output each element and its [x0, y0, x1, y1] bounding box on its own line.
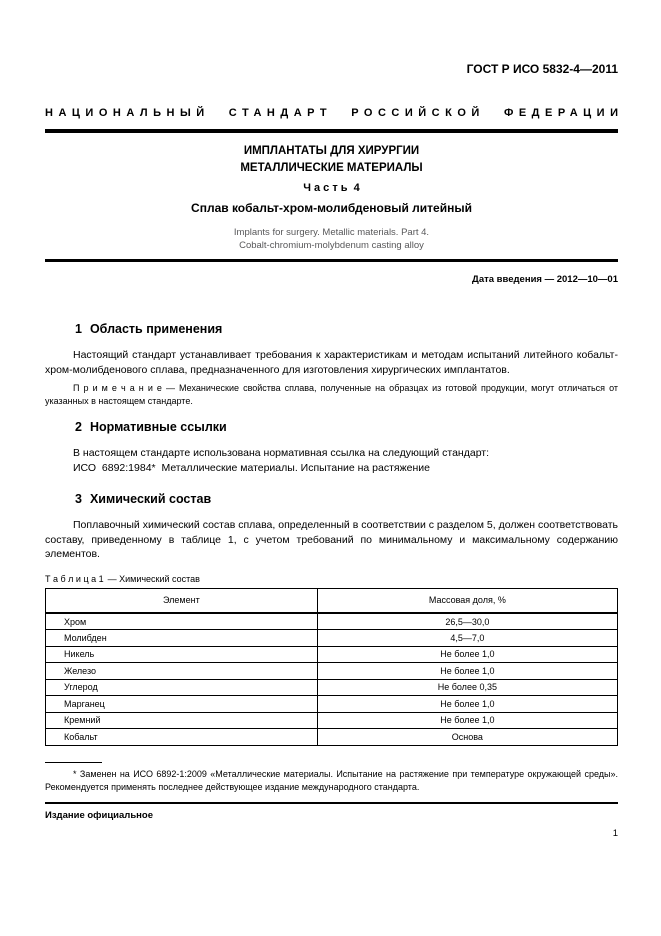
- introduction-date: Дата введения — 2012—10—01: [45, 273, 618, 286]
- element-cell: Молибден: [46, 630, 318, 647]
- element-cell: Углерод: [46, 679, 318, 696]
- value-cell: Основа: [317, 729, 617, 746]
- section-1-heading: 1Область применения: [75, 321, 618, 337]
- value-cell: 26,5—30,0: [317, 613, 617, 630]
- value-cell: Не более 0,35: [317, 679, 617, 696]
- table-caption-label: Т а б л и ц а 1: [45, 574, 104, 584]
- section-2-heading: 2Нормативные ссылки: [75, 419, 618, 435]
- note-label: П р и м е ч а н и е: [73, 383, 162, 393]
- reference-standard: ИСО 6892:1984* Металлические материалы. …: [73, 461, 618, 476]
- document-page: ГОСТ Р ИСО 5832-4—2011 НАЦИОНАЛЬНЫЙ СТАН…: [0, 0, 661, 936]
- table-row: Железо Не более 1,0: [46, 663, 618, 680]
- title-line-2: МЕТАЛЛИЧЕСКИЕ МАТЕРИАЛЫ: [45, 160, 618, 177]
- section-2-references: В настоящем стандарте использована норма…: [73, 446, 618, 475]
- value-cell: Не более 1,0: [317, 646, 617, 663]
- title-english-line-2: Cobalt-chromium-molybdenum casting alloy: [45, 239, 618, 252]
- title-english: Implants for surgery. Metallic materials…: [45, 226, 618, 252]
- banner-word: СТАНДАРТ: [229, 106, 332, 120]
- footer-rule: [45, 802, 618, 805]
- section-3-number: 3: [75, 491, 82, 507]
- table-row: Углерод Не более 0,35: [46, 679, 618, 696]
- title-part: Ч а с т ь 4: [45, 181, 618, 195]
- element-cell: Кобальт: [46, 729, 318, 746]
- table-row: Хром 26,5—30,0: [46, 613, 618, 630]
- section-1-number: 1: [75, 321, 82, 337]
- value-cell: Не более 1,0: [317, 696, 617, 713]
- section-1-paragraph: Настоящий стандарт устанавливает требова…: [45, 348, 618, 377]
- section-3-paragraph: Поплавочный химический состав сплава, оп…: [45, 518, 618, 562]
- column-header-mass-fraction: Массовая доля, %: [317, 588, 617, 613]
- value-cell: Не более 1,0: [317, 663, 617, 680]
- title-line-1: ИМПЛАНТАТЫ ДЛЯ ХИРУРГИИ: [45, 143, 618, 160]
- title-block: ИМПЛАНТАТЫ ДЛЯ ХИРУРГИИ МЕТАЛЛИЧЕСКИЕ МА…: [45, 143, 618, 252]
- table-row: Кремний Не более 1,0: [46, 712, 618, 729]
- chemical-composition-table: Элемент Массовая доля, % Хром 26,5—30,0 …: [45, 588, 618, 746]
- element-cell: Никель: [46, 646, 318, 663]
- table-caption-text: — Химический состав: [108, 574, 200, 584]
- page-number: 1: [45, 828, 618, 840]
- element-cell: Хром: [46, 613, 318, 630]
- table-row: Никель Не более 1,0: [46, 646, 618, 663]
- banner-word: РОССИЙСКОЙ: [351, 106, 485, 120]
- element-cell: Кремний: [46, 712, 318, 729]
- table-caption: Т а б л и ц а 1— Химический состав: [45, 574, 618, 585]
- title-rule: [45, 259, 618, 262]
- footnote-rule: [45, 762, 102, 763]
- section-2-title: Нормативные ссылки: [90, 420, 227, 434]
- section-3-title: Химический состав: [90, 492, 211, 506]
- header-rule: [45, 129, 618, 133]
- official-edition-label: Издание официальное: [45, 810, 618, 822]
- section-2-number: 2: [75, 419, 82, 435]
- banner-word: НАЦИОНАЛЬНЫЙ: [45, 106, 210, 120]
- doc-code: ГОСТ Р ИСО 5832-4—2011: [45, 62, 618, 76]
- column-header-element: Элемент: [46, 588, 318, 613]
- federation-banner: НАЦИОНАЛЬНЫЙ СТАНДАРТ РОССИЙСКОЙ ФЕДЕРАЦ…: [45, 106, 618, 120]
- table-header-row: Элемент Массовая доля, %: [46, 588, 618, 613]
- section-1-note: П р и м е ч а н и е — Механические свойс…: [45, 382, 618, 408]
- element-cell: Железо: [46, 663, 318, 680]
- table-row: Молибден 4,5—7,0: [46, 630, 618, 647]
- title-subtitle: Сплав кобальт-хром-молибденовый литейный: [45, 201, 618, 216]
- value-cell: 4,5—7,0: [317, 630, 617, 647]
- element-cell: Марганец: [46, 696, 318, 713]
- section-3-heading: 3Химический состав: [75, 491, 618, 507]
- reference-intro: В настоящем стандарте использована норма…: [73, 446, 618, 461]
- table-row: Марганец Не более 1,0: [46, 696, 618, 713]
- section-1-title: Область применения: [90, 322, 222, 336]
- table-row: Кобальт Основа: [46, 729, 618, 746]
- banner-word: ФЕДЕРАЦИИ: [504, 106, 624, 120]
- title-english-line-1: Implants for surgery. Metallic materials…: [45, 226, 618, 239]
- value-cell: Не более 1,0: [317, 712, 617, 729]
- footnote-text: * Заменен на ИСО 6892-1:2009 «Металличес…: [45, 768, 618, 795]
